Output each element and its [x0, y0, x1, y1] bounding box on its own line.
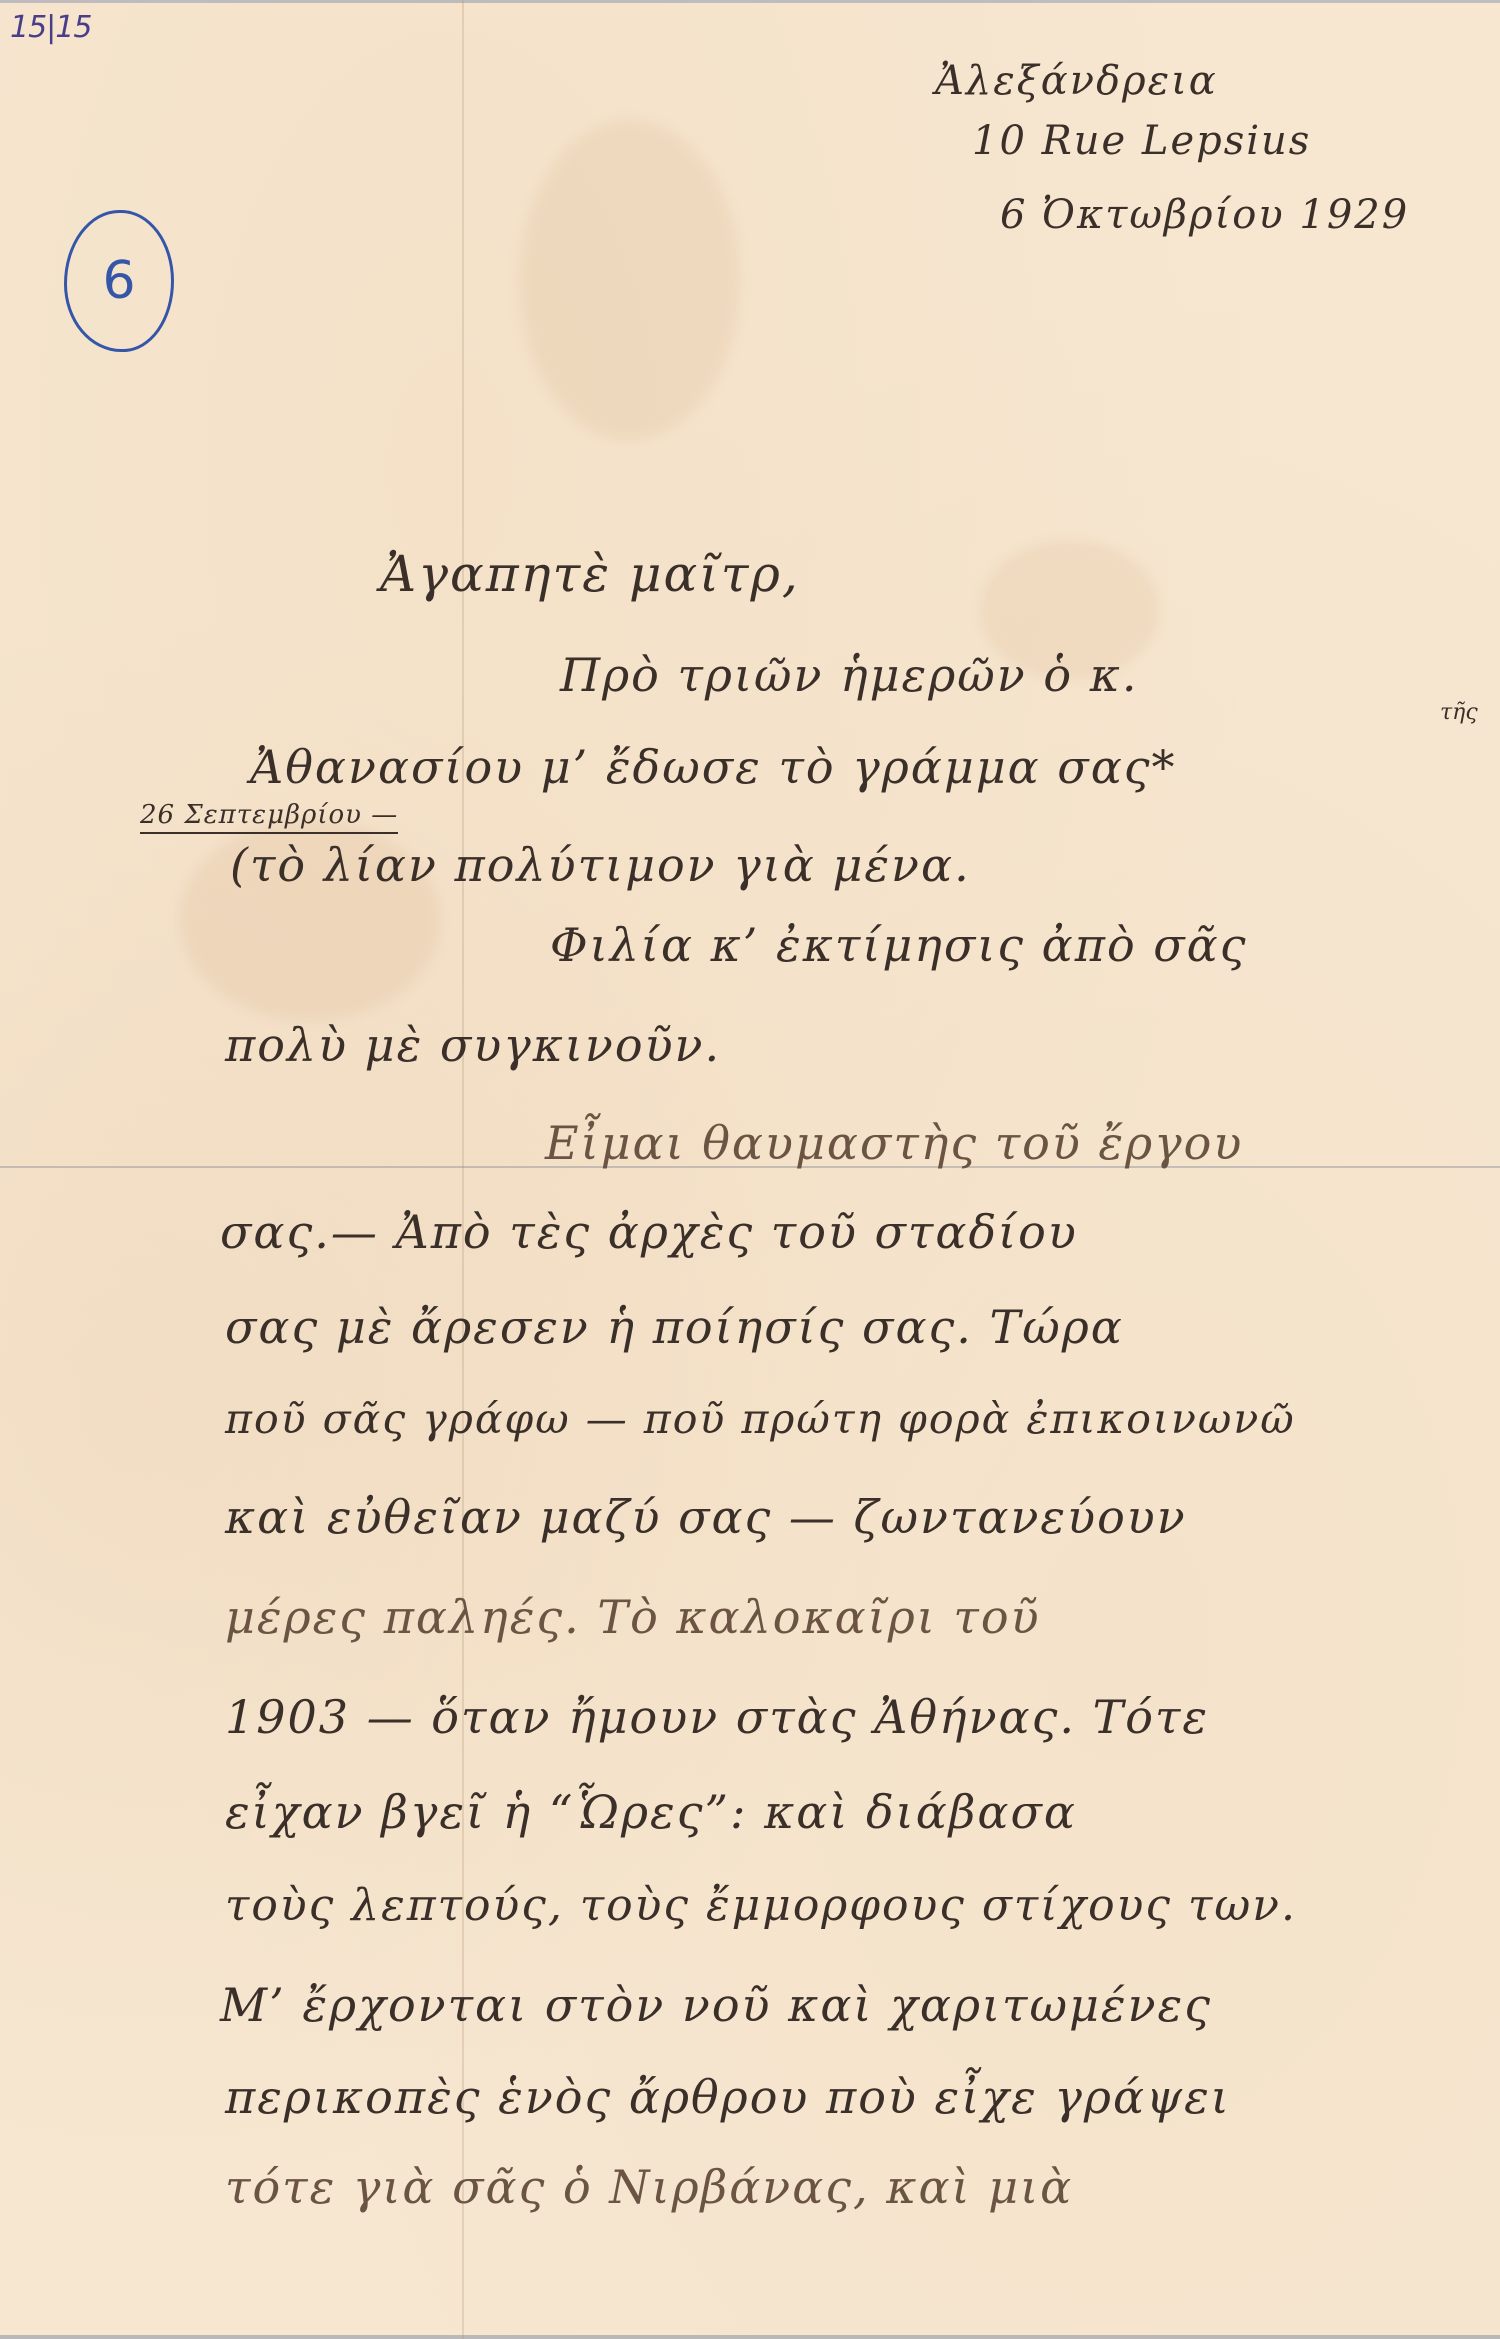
letter-line-1: Πρὸ τριῶν ἡμερῶν ὁ κ.: [560, 648, 1138, 702]
margin-note-date: 26 Σεπτεμβρίου —: [140, 800, 398, 834]
scan-top-edge: [0, 0, 1500, 3]
letter-line-6: Εἶμαι θαυμαστὴς τοῦ ἔργου: [545, 1116, 1243, 1170]
circled-number-text: 6: [102, 251, 135, 311]
header-address: 10 Rue Lepsius: [972, 118, 1311, 164]
letter-line-3: (τὸ λίαν πολύτιμον γιὰ μένα.: [230, 838, 971, 892]
letter-line-14: τοὺς λεπτούς, τοὺς ἔμμορφους στίχους των…: [225, 1880, 1297, 1931]
letter-line-5: πολὺ μὲ συγκινοῦν.: [225, 1018, 721, 1072]
interlinear-insert: τῆς: [1440, 700, 1478, 725]
header-date: 6 Ὀκτωβρίου 1929: [1000, 192, 1409, 238]
letter-line-7: σας.— Ἀπὸ τὲς ἀρχὲς τοῦ σταδίου: [220, 1205, 1078, 1259]
letter-line-4: Φιλία κ’ ἐκτίμησις ἀπὸ σᾶς: [550, 918, 1247, 972]
letter-line-8: σας μὲ ἄρεσεν ἡ ποίησίς σας. Τώρα: [225, 1300, 1124, 1354]
letter-line-9: ποῦ σᾶς γράφω — ποῦ πρώτη φορὰ ἐπικοινων…: [225, 1395, 1296, 1443]
letter-line-13: εἶχαν βγεῖ ἡ “Ὧρες”: καὶ διάβασα: [225, 1785, 1077, 1839]
letter-line-15: Μ’ ἔρχονται στὸν νοῦ καὶ χαριτωμένες: [220, 1978, 1212, 2032]
scan-bottom-edge: [0, 2335, 1500, 2339]
letter-line-17: τότε γιὰ σᾶς ὁ Νιρβάνας, καὶ μιὰ: [225, 2160, 1073, 2214]
header-city: Ἀλεξάνδρεια: [935, 58, 1218, 104]
letter-page: 15|15 6 Ἀλεξάνδρεια 10 Rue Lepsius 6 Ὀκτ…: [0, 0, 1500, 2339]
letter-line-11: μέρες παληές. Τὸ καλοκαῖρι τοῦ: [225, 1590, 1041, 1644]
salutation: Ἀγαπητὲ μαῖτρ,: [380, 545, 800, 603]
archive-number: 15|15: [10, 10, 91, 45]
letter-line-2: Ἀθανασίου μ’ ἔδωσε τὸ γράμμα σας*: [250, 740, 1177, 794]
letter-line-12: 1903 — ὅταν ἤμουν στὰς Ἀθήνας. Τότε: [225, 1690, 1209, 1744]
circled-page-number: 6: [64, 210, 174, 352]
bleed-through-stain: [520, 120, 740, 440]
letter-line-10: καὶ εὐθεῖαν μαζύ σας — ζωντανεύουν: [225, 1490, 1187, 1544]
letter-line-16: περικοπὲς ἑνὸς ἄρθρου ποὺ εἶχε γράψει: [225, 2070, 1231, 2124]
